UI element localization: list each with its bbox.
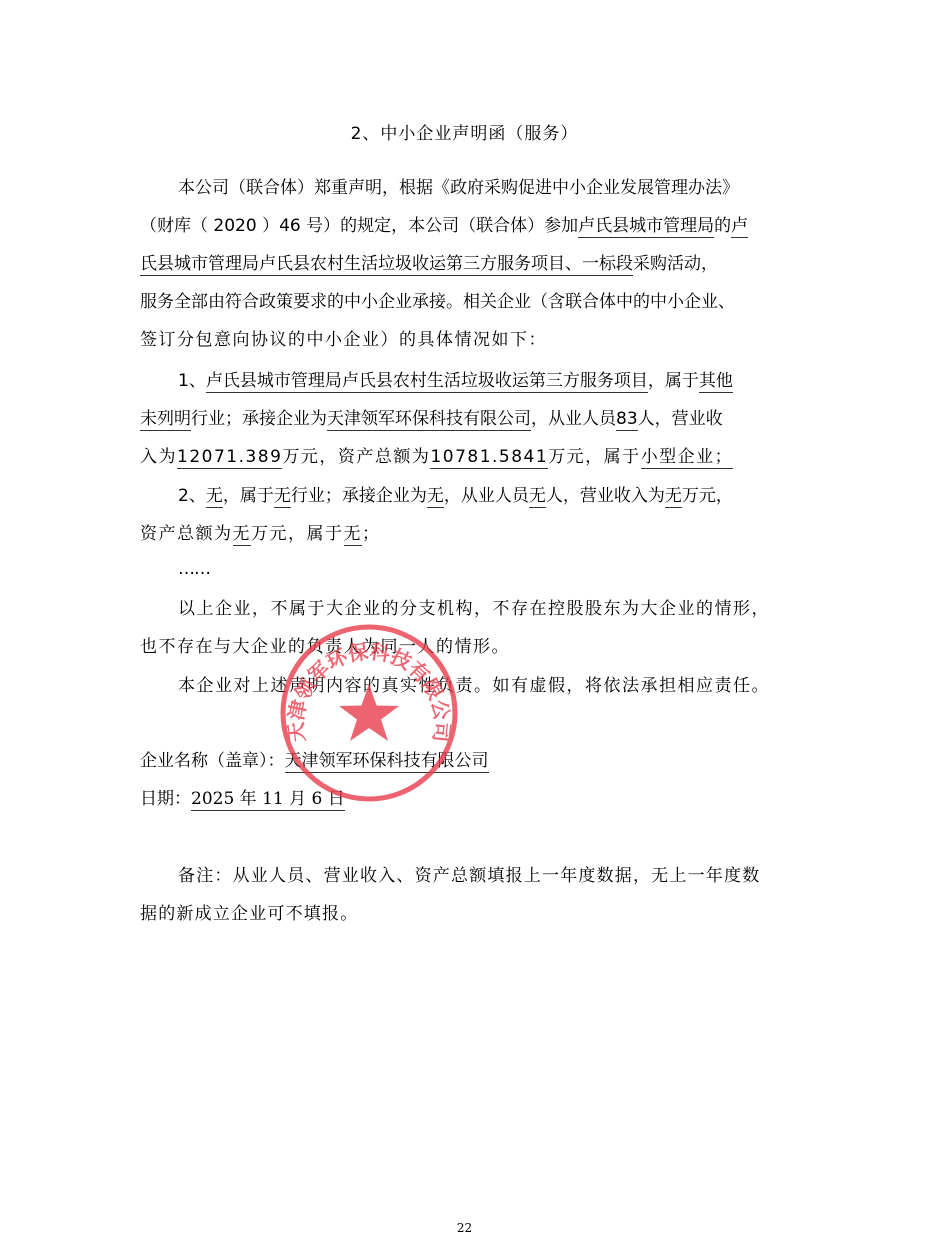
underlined-fill-value: 无 (233, 522, 252, 546)
underlined-fill-value: 天津领军环保科技有限公司 (327, 407, 531, 431)
page-number: 22 (0, 1221, 929, 1235)
para2-line1: 以上企业，不属于大企业的分支机构，不存在控股股东为大企业的情形， (178, 597, 778, 621)
item1-line2: 未列明行业；承接企业为天津领军环保科技有限公司，从业人员 83 人，营业收 (140, 407, 790, 431)
note-line1-text: 备注：从业人员、营业收入、资产总额填报上一年度数据，无上一年度数 (178, 864, 760, 888)
item1-line3: 入为 12071.389 万元，资产总额为 10781.5841 万元，属于小型… (140, 445, 715, 469)
text-run: （财库（ 2020 ）46 号）的规定，本公司（联合体）参加 (140, 214, 578, 238)
underlined-fill-value: 氏县城市管理局卢氏县农村生活垃圾收运第三方服务项目、一标段 (140, 252, 633, 276)
para2-line2: 也不存在与大企业的负责人为同一人的情形。 (140, 635, 520, 659)
underlined-fill-value: 10781.5841 (430, 445, 548, 469)
para2-line1-text: 以上企业，不属于大企业的分支机构，不存在控股股东为大企业的情形， (178, 597, 770, 621)
text-run: ，从业人员 (444, 484, 529, 508)
item2-line1: 2、无，属于无行业；承接企业为无，从业人员无人，营业收入为无万元， (178, 484, 778, 508)
text-run: 1、 (178, 369, 206, 393)
page-title: 2、中小企业声明函（服务） (0, 119, 929, 144)
note-line1: 备注：从业人员、营业收入、资产总额填报上一年度数据，无上一年度数 (178, 864, 800, 888)
underlined-fill-value: 无 (344, 522, 363, 546)
text-run: 人，营业收 (638, 407, 723, 431)
para1-line5: 签订分包意向协议的中小企业）的具体情况如下： (140, 328, 550, 352)
ellipsis: …… (178, 557, 238, 581)
document-page: 2、中小企业声明函（服务） 本公司（联合体）郑重声明，根据《政府采购促进中小企业… (0, 0, 929, 1253)
text-run: 万元，资产总额为 (282, 445, 430, 469)
underlined-fill-value: 卢氏县城市管理局 (578, 214, 714, 238)
underlined-fill-value: 无 (206, 484, 223, 508)
text-run: ，属于 (223, 484, 274, 508)
text-run: 本公司（联合体）郑重声明，根据《政府采购促进中小企业发展管理办法》 (178, 176, 739, 200)
underlined-fill-value: 卢 (731, 214, 748, 238)
para2-line2-text: 也不存在与大企业的负责人为同一人的情形。 (140, 635, 510, 659)
text-run: 万元，属于 (251, 522, 344, 546)
company-name-value: 天津领军环保科技有限公司 (285, 749, 489, 773)
underlined-fill-value: 未列明 (140, 407, 191, 431)
note-line2-text: 据的新成立企业可不填报。 (140, 902, 358, 926)
text-run: ； (362, 522, 381, 546)
underlined-fill-value: 12071.389 (177, 445, 282, 469)
text-run: 入为 (140, 445, 177, 469)
text-run: ，属于 (648, 369, 699, 393)
para1-line3: 氏县城市管理局卢氏县农村生活垃圾收运第三方服务项目、一标段采购活动， (140, 252, 770, 276)
company-name-label: 企业名称（盖章）： (140, 749, 285, 773)
underlined-fill-value: 无 (427, 484, 444, 508)
text-run: 人，营业收入为 (546, 484, 665, 508)
para1-line2: （财库（ 2020 ）46 号）的规定，本公司（联合体）参加卢氏县城市管理局的卢 (140, 214, 800, 238)
text-run: 2、 (178, 484, 206, 508)
underlined-fill-value: 83 (616, 407, 638, 431)
underlined-fill-value: 其他 (699, 369, 733, 393)
text-run: ，从业人员 (531, 407, 616, 431)
item1-line1: 1、卢氏县城市管理局卢氏县农村生活垃圾收运第三方服务项目，属于其他 (178, 369, 790, 393)
underlined-fill-value: 小型企业； (641, 445, 734, 469)
note-line2: 据的新成立企业可不填报。 (140, 902, 370, 926)
item2-line2: 资产总额为无万元，属于无； (140, 522, 380, 546)
para1-line1: 本公司（联合体）郑重声明，根据《政府采购促进中小企业发展管理办法》 (178, 176, 800, 200)
text-run: 资产总额为 (140, 522, 233, 546)
date-value: 2025 年 11 月 6 日 (191, 787, 345, 811)
text-run: 采购活动， (633, 252, 718, 276)
para3: 本企业对上述声明内容的真实性负责。如有虚假，将依法承担相应责任。 (178, 674, 778, 698)
para3-text: 本企业对上述声明内容的真实性负责。如有虚假，将依法承担相应责任。 (178, 674, 770, 698)
company-name-row: 企业名称（盖章）： 天津领军环保科技有限公司 (140, 749, 540, 773)
date-row: 日期： 2025 年 11 月 6 日 (140, 787, 400, 811)
text-run: 万元，属于 (548, 445, 641, 469)
text-run: 行业；承接企业为 (191, 407, 327, 431)
text-run: 的 (714, 214, 731, 238)
text-run: 签订分包意向协议的中小企业）的具体情况如下： (140, 328, 547, 352)
underlined-fill-value: 卢氏县城市管理局卢氏县农村生活垃圾收运第三方服务项目 (206, 369, 648, 393)
underlined-fill-value: 无 (274, 484, 291, 508)
text-run: 服务全部由符合政策要求的中小企业承接。相关企业（含联合体中的中小企业、 (140, 290, 735, 314)
text-run: 行业；承接企业为 (291, 484, 427, 508)
underlined-fill-value: 无 (665, 484, 682, 508)
underlined-fill-value: 无 (529, 484, 546, 508)
date-label: 日期： (140, 787, 191, 811)
text-run: 万元， (682, 484, 733, 508)
para1-line4: 服务全部由符合政策要求的中小企业承接。相关企业（含联合体中的中小企业、 (140, 290, 805, 314)
